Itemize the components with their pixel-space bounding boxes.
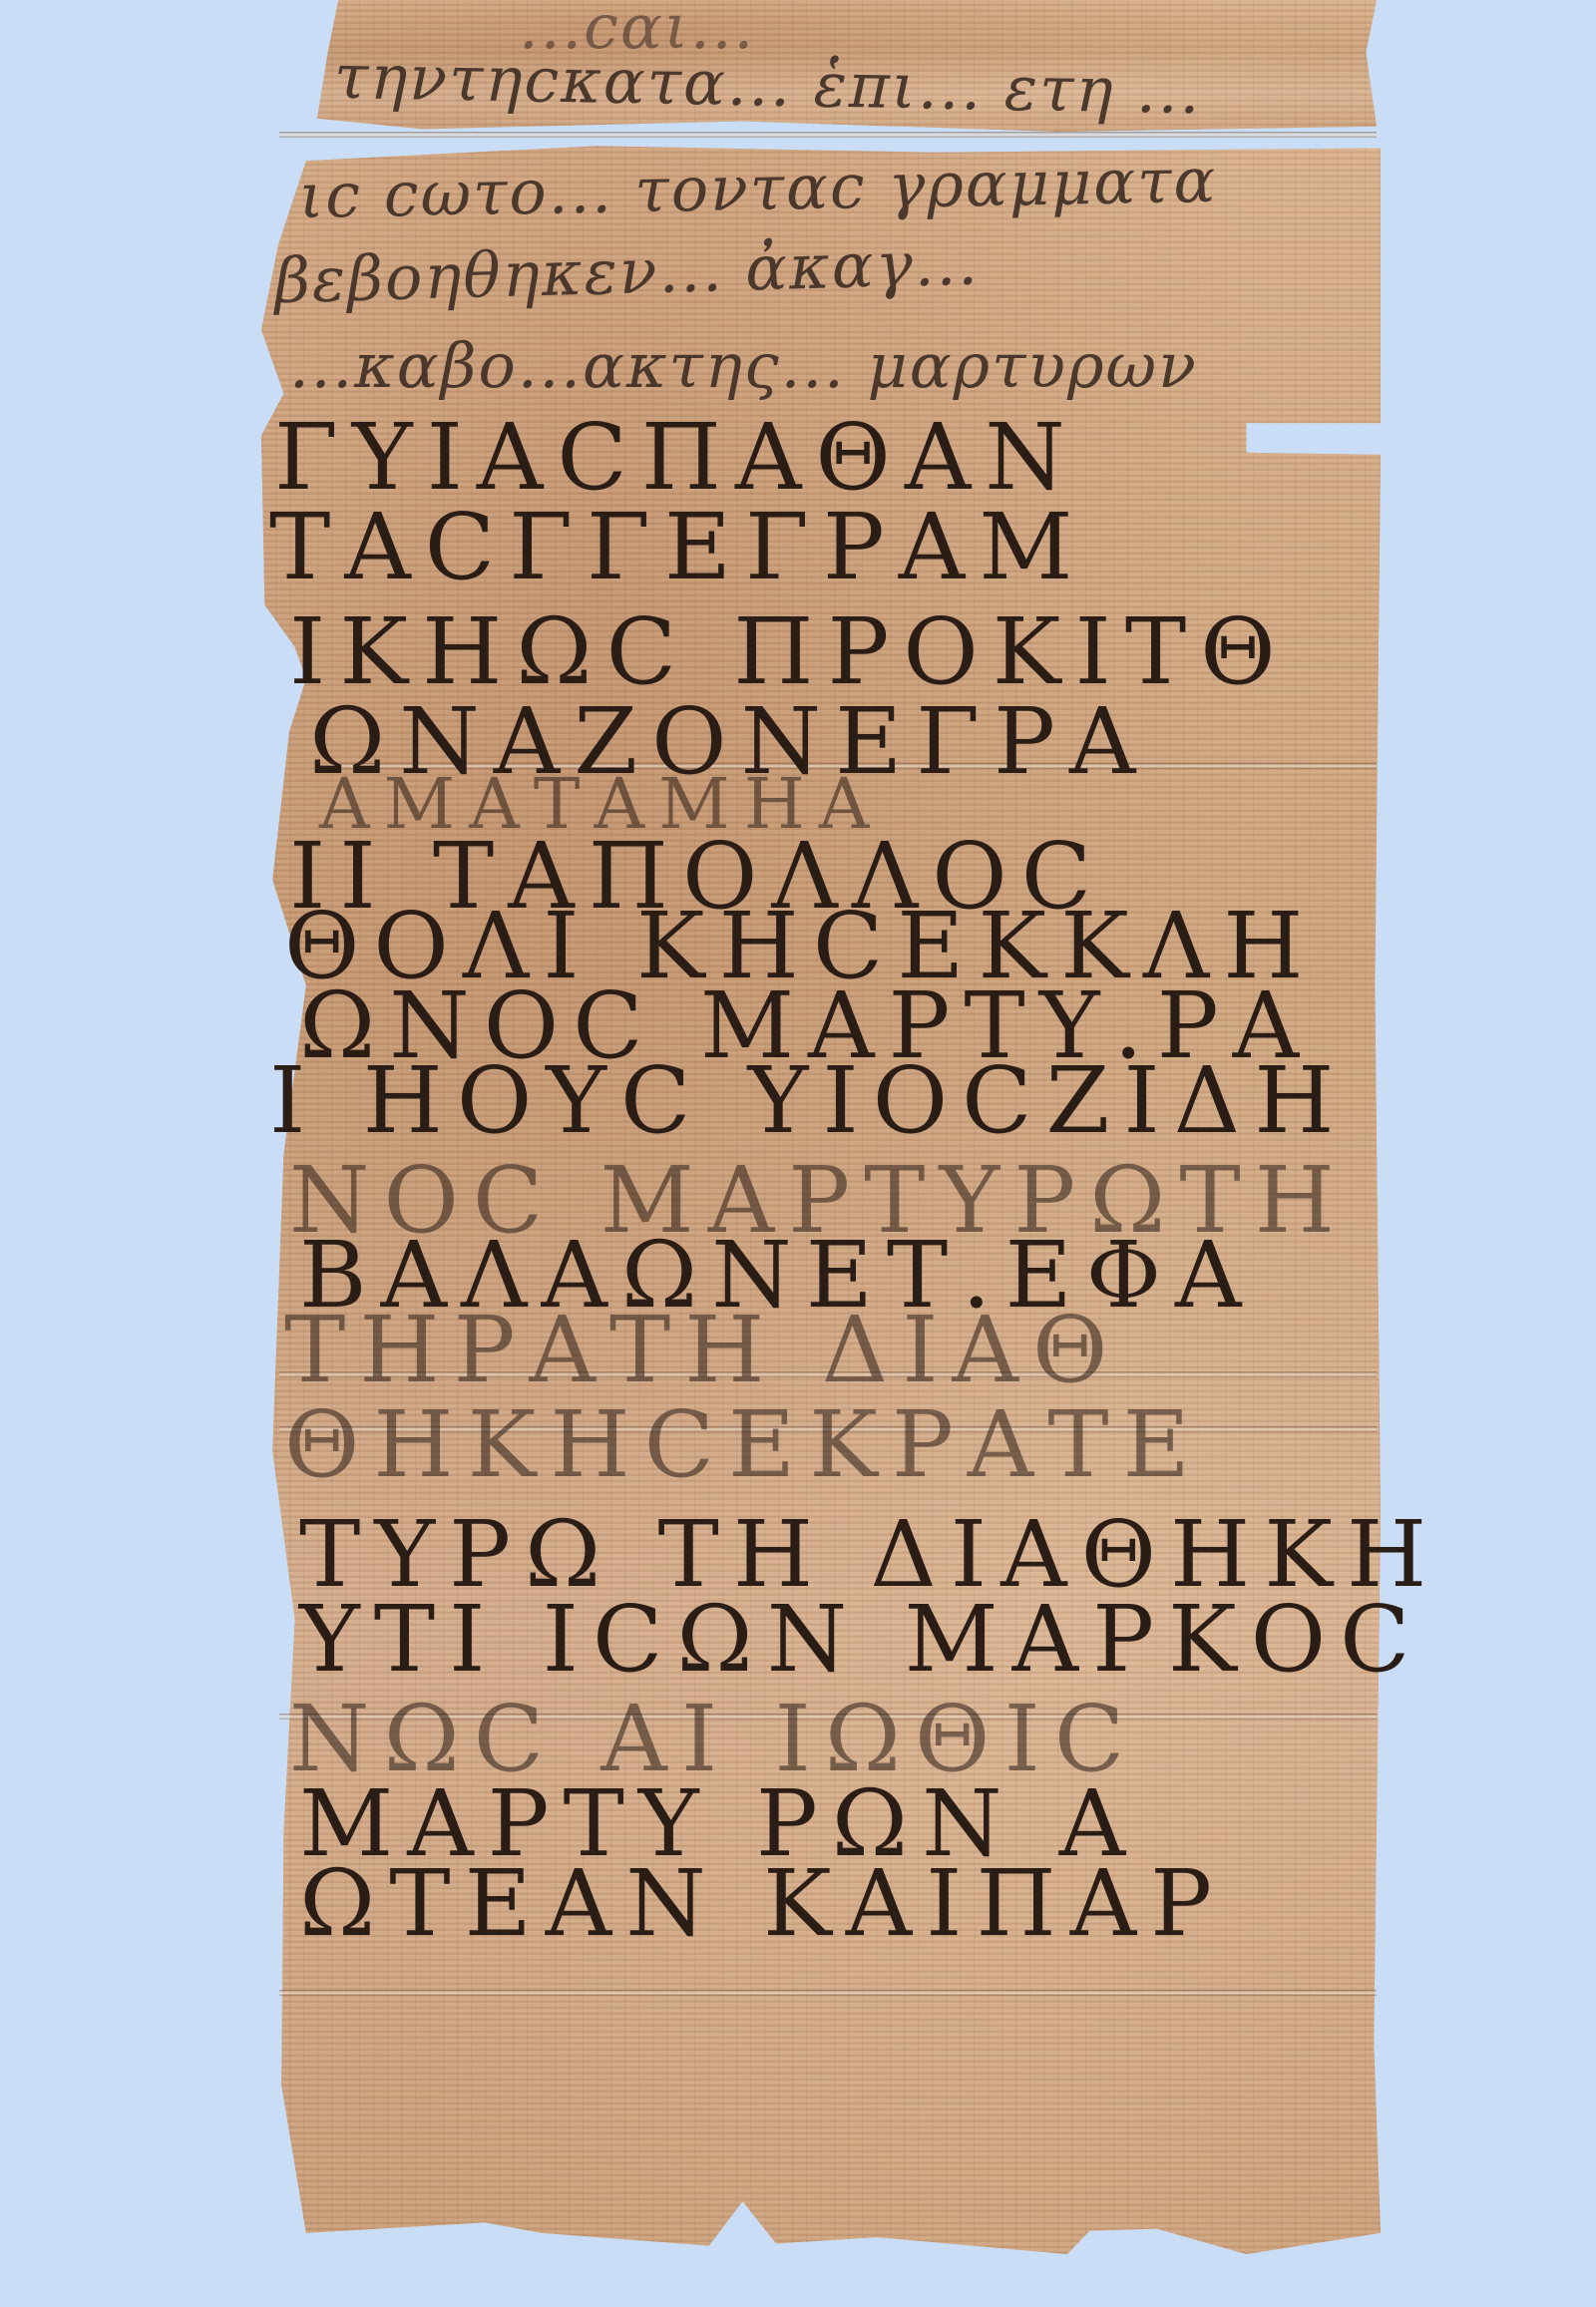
manuscript-line-uncial: ΤΗΡΑΤΗ ΔΙΑΘ [284,1297,1121,1403]
manuscript-line-uncial: ΤΑϹΓΓΕΓΡΑΜ [269,494,1086,600]
papyrus-tear [279,1990,1377,1996]
manuscript-line-cursive: ...καβο...ακτης... μαρτυρων [289,329,1198,402]
manuscript-line-uncial: Ι ΗΟΥϹ ΥΙΟϹΖΙΔΗ [269,1047,1348,1154]
papyrus-tear [279,132,1377,138]
manuscript-line-uncial: ΘΗΚΗϹΕΚΡΑΤΕ [284,1391,1204,1498]
manuscript-line-cursive: τηντηϲκατα... ἑπι... ετη ... [333,40,1202,128]
manuscript-line-uncial: ΩΤΕΑΝ ΚΑΙΠΑΡ [299,1850,1226,1957]
manuscript-line-uncial: ΥΤΙ ΙϹΩΝ ΜΑΡΚΟϹ [299,1586,1424,1693]
